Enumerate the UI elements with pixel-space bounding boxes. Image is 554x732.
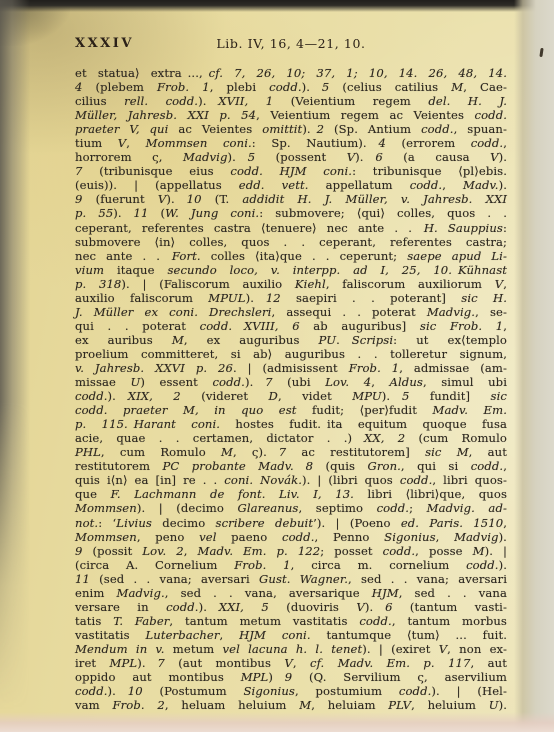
text-line: auxilio faliscorum MPUL). 12 saepiri . .… — [75, 291, 507, 305]
text-line: v. Jahresb. XXVI p. 26. | (admisissent F… — [75, 361, 507, 375]
text-line: submovere ⟨in⟩ colles, quos . . ceperant… — [75, 235, 507, 249]
page-edge-right — [514, 0, 554, 732]
text-line: 11 (sed . . vana; aversari Gust. Wagner.… — [75, 572, 507, 586]
text-line: vium itaque secundo loco, v. interpp. ad… — [75, 263, 507, 277]
text-line: Mommsen). | (decimo Glareanus, septimo c… — [75, 501, 507, 515]
text-line: tium V, Mommsen coni.: Sp. Nautium). 4 (… — [75, 136, 507, 150]
text-line: que F. Lachmann de font. Liv. I, 13. lib… — [75, 487, 507, 501]
text-line: et statua⟩ extra ..., cf. 7, 26, 10; 37,… — [75, 66, 507, 80]
text-line: proelium committeret, si ab⟩ auguribus .… — [75, 347, 507, 361]
text-line: versare in codd.). XXI, 5 (duoviris V). … — [75, 600, 507, 614]
page-number: XXXIV — [75, 36, 134, 51]
text-line: (euis)). | (appellatus edd. vett. appell… — [75, 178, 507, 192]
text-line: quis i⟨n⟩ ea [in] re . . coni. Novák.). … — [75, 473, 507, 487]
text-line: codd. praeter M, in quo est fudit; ⟨per⟩… — [75, 403, 507, 417]
text-line: (circa A. Cornelium Frob. 1, circa m. co… — [75, 558, 507, 572]
text-line: codd.). XIX, 2 (videret D, videt MPU). 5… — [75, 389, 507, 403]
text-line: p. 115. Harant coni. hostes fudit. ita e… — [75, 417, 507, 431]
text-line: vastitatis Luterbacher, HJM coni. tantum… — [75, 628, 507, 642]
text-line: p. 55). 11 (W. Jung coni.: submovere; ⟨q… — [75, 206, 507, 220]
text-line: Müller, Jahresb. XXI p. 54, Veientium re… — [75, 108, 507, 122]
text-line: codd.). 10 (Postumum Sigonius, postumium… — [75, 684, 507, 698]
text-line: enim Madvig., sed . . vana, aversarique … — [75, 586, 507, 600]
text-line: horrorem ς, Madvig). 5 (possent V). 6 (a… — [75, 150, 507, 164]
text-line: missae U) essent codd.). 7 (ubi Lov. 4, … — [75, 375, 507, 389]
text-line: cilius rell. codd.). XVII, 1 (Veientium … — [75, 94, 507, 108]
text-line: oppido aut montibus MPL) 9 (Q. Servilium… — [75, 670, 507, 684]
text-line: PHL, cum Romulo M, ς). 7 ac restitutorem… — [75, 445, 507, 459]
page-content: XXXIV Lib. IV, 16, 4—21, 10. et statua⟩ … — [75, 36, 507, 712]
page-header: XXXIV Lib. IV, 16, 4—21, 10. — [75, 36, 507, 52]
scan-edge-bottom — [0, 712, 554, 732]
text-line: vam Frob. 2, heluam heluium M, heluiam P… — [75, 698, 507, 712]
scan-edge-left — [0, 0, 30, 732]
scan-edge-top — [0, 0, 554, 12]
text-line: praeter V, qui ac Veientes omittit). 2 (… — [75, 122, 507, 136]
text-line: acie, quae . . certamen, dictator . .) X… — [75, 431, 507, 445]
text-line: iret MPL). 7 (aut montibus V, cf. Madv. … — [75, 656, 507, 670]
text-line: tatis T. Faber, tantum metum vastitatis … — [75, 614, 507, 628]
text-line: restitutorem PC probante Madv. 8 (quis G… — [75, 459, 507, 473]
text-line: 4 (plebem Frob. 1, plebi codd.). 5 (celi… — [75, 80, 507, 94]
text-line: ex auribus M, ex auguribus PU. Scripsi: … — [75, 333, 507, 347]
text-line: 9 (fuerunt V). 10 (T. addidit H. J. Müll… — [75, 192, 507, 206]
text-line: J. Müller ex coni. Drechsleri, assequi .… — [75, 305, 507, 319]
text-block: et statua⟩ extra ..., cf. 7, 26, 10; 37,… — [75, 66, 507, 712]
text-line: not.: ‘Livius decimo scribere debuit’). … — [75, 516, 507, 530]
text-line: 7 (tribunisque eius codd. HJM coni.: tri… — [75, 164, 507, 178]
text-line: nec ante . . Fort. colles ⟨ita⟩que . . c… — [75, 249, 507, 263]
running-title: Lib. IV, 16, 4—21, 10. — [216, 36, 365, 51]
text-line: Mendum in v. metum vel lacuna h. l. tene… — [75, 642, 507, 656]
text-line: 9 (possit Lov. 2, Madv. Em. p. 122; poss… — [75, 544, 507, 558]
text-line: qui . . poterat codd. XVIII, 6 ab auguri… — [75, 319, 507, 333]
text-line: ceperant, referentes castra ⟨tenuere⟩ ne… — [75, 221, 507, 235]
text-line: p. 318). | (Faliscorum auxilio Kiehl, fa… — [75, 277, 507, 291]
text-line: Mommsen, peno vel paeno codd., Penno Sig… — [75, 530, 507, 544]
